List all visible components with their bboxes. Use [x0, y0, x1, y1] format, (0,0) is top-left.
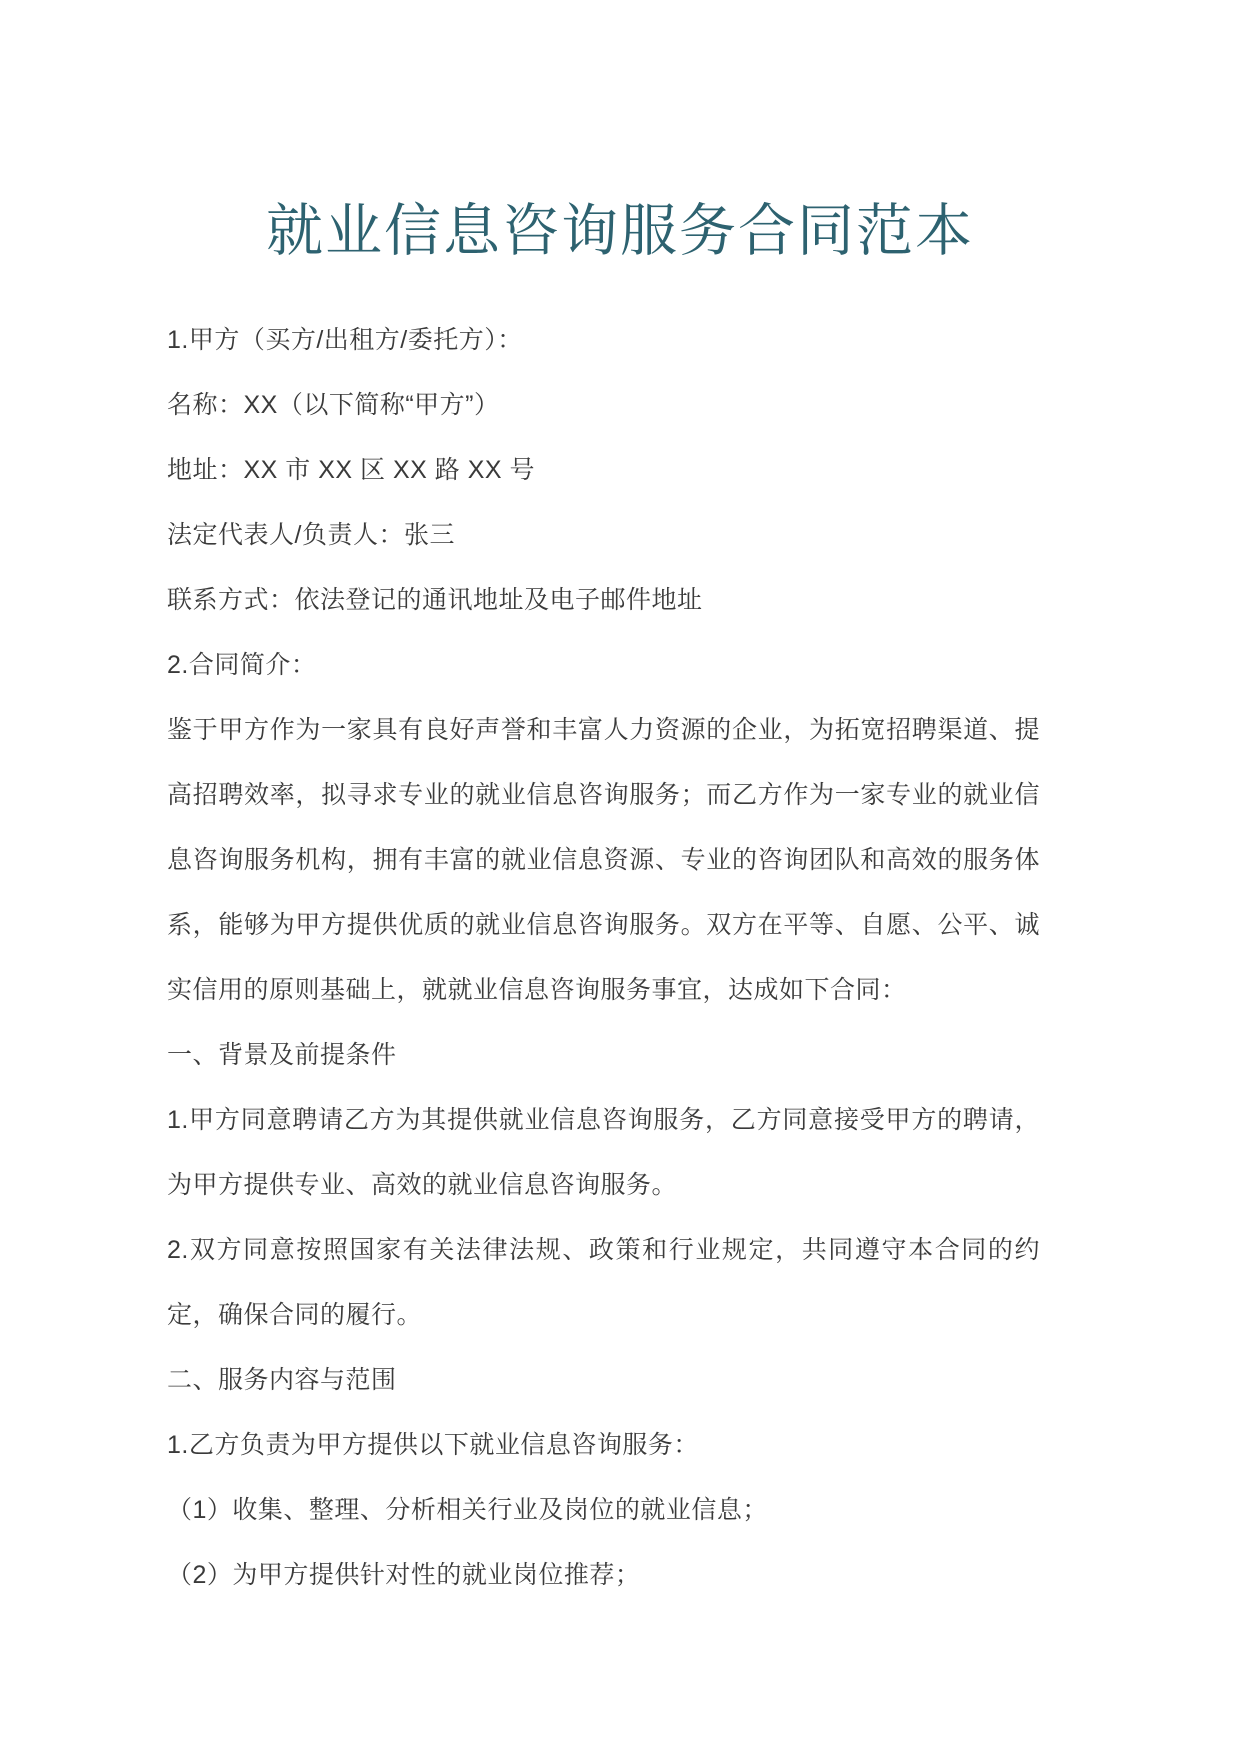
text-line: 定，确保合同的履行。 [167, 1283, 1040, 1348]
text-line: 实信用的原则基础上，就就业信息咨询服务事宜，达成如下合同： [167, 958, 1040, 1023]
text-line: 1.乙方负责为甲方提供以下就业信息咨询服务： [167, 1413, 1040, 1478]
text-line: （1）收集、整理、分析相关行业及岗位的就业信息； [167, 1478, 1040, 1543]
document-body: 1.甲方（买方/出租方/委托方）：名称：XX（以下简称“甲方”）地址：XX 市 … [167, 308, 1040, 1608]
text-line: 1.甲方（买方/出租方/委托方）： [167, 308, 1040, 373]
text-line: 一、背景及前提条件 [167, 1023, 1040, 1088]
text-line: 联系方式：依法登记的通讯地址及电子邮件地址 [167, 568, 1040, 633]
text-line: 2.双方同意按照国家有关法律法规、政策和行业规定，共同遵守本合同的约 [167, 1218, 1040, 1283]
document-title: 就业信息咨询服务合同范本 [0, 200, 1240, 263]
text-line: 法定代表人/负责人：张三 [167, 503, 1040, 568]
text-line: 地址：XX 市 XX 区 XX 路 XX 号 [167, 438, 1040, 503]
text-line: 系，能够为甲方提供优质的就业信息咨询服务。双方在平等、自愿、公平、诚 [167, 893, 1040, 958]
document-page: 就业信息咨询服务合同范本 1.甲方（买方/出租方/委托方）：名称：XX（以下简称… [0, 0, 1240, 1753]
text-line: 高招聘效率，拟寻求专业的就业信息咨询服务；而乙方作为一家专业的就业信 [167, 763, 1040, 828]
text-line: 为甲方提供专业、高效的就业信息咨询服务。 [167, 1153, 1040, 1218]
text-line: 2.合同简介： [167, 633, 1040, 698]
text-line: 名称：XX（以下简称“甲方”） [167, 373, 1040, 438]
text-line: 二、服务内容与范围 [167, 1348, 1040, 1413]
text-line: 1.甲方同意聘请乙方为其提供就业信息咨询服务，乙方同意接受甲方的聘请， [167, 1088, 1040, 1153]
text-line: （2）为甲方提供针对性的就业岗位推荐； [167, 1543, 1040, 1608]
text-line: 息咨询服务机构，拥有丰富的就业信息资源、专业的咨询团队和高效的服务体 [167, 828, 1040, 893]
text-line: 鉴于甲方作为一家具有良好声誉和丰富人力资源的企业，为拓宽招聘渠道、提 [167, 698, 1040, 763]
